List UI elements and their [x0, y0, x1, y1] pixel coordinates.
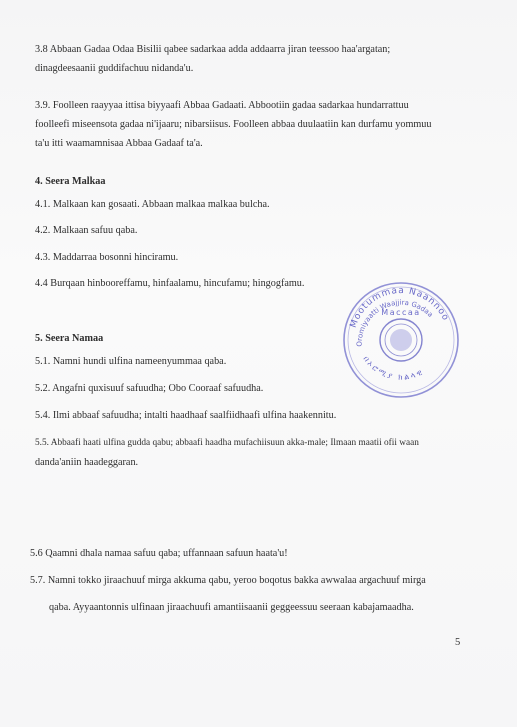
paragraph-3-8-line-1: 3.8 Abbaan Gadaa Odaa Bisilii qabee sada… — [35, 40, 390, 59]
paragraph-5-2: 5.2. Angafni quxisuuf safuudha; Obo Coor… — [35, 379, 263, 398]
paragraph-3-9-line-1: 3.9. Foolleen raayyaa ittisa biyyaafi Ab… — [35, 96, 409, 115]
official-stamp-icon: Mootummaa Naannoo Oromiyaatti Waajjira G… — [340, 279, 462, 401]
page-number: 5 — [455, 637, 460, 648]
paragraph-5-7-line-1: 5.7. Namni tokko jiraachuuf mirga akkuma… — [30, 571, 426, 590]
paragraph-4-3: 4.3. Maddarraa bosonni hinciramu. — [35, 248, 178, 267]
paragraph-5-7-line-2: qaba. Ayyaantonnis ulfinaan jiraachuufi … — [49, 598, 414, 617]
paragraph-4-4: 4.4 Burqaan hinbooreffamu, hinfaalamu, h… — [35, 274, 304, 293]
paragraph-5-4: 5.4. Ilmi abbaaf safuudha; intalti haadh… — [35, 406, 336, 425]
paragraph-4-1: 4.1. Malkaan kan gosaati. Abbaan malkaa … — [35, 195, 270, 214]
paragraph-3-9-line-3: ta'u itti waamamnisaa Abbaa Gadaaf ta'a. — [35, 134, 203, 153]
svg-text:በኦሮሚያ ክልላዊ: በኦሮሚያ ክልላዊ — [361, 354, 425, 381]
stamp-amharic-text: በኦሮሚያ ክልላዊ — [361, 354, 425, 381]
paragraph-3-9-line-2: foolleefi miseensota gadaa ni'ijaaru; ni… — [35, 115, 432, 134]
paragraph-4-2: 4.2. Malkaan safuu qaba. — [35, 221, 137, 240]
paragraph-3-8-line-2: dinagdeesaanii guddifachuu nidanda'u. — [35, 59, 193, 78]
document-page: 3.8 Abbaan Gadaa Odaa Bisilii qabee sada… — [0, 0, 517, 727]
paragraph-5-1: 5.1. Namni hundi ulfina nameenyummaa qab… — [35, 352, 226, 371]
paragraph-5-6: 5.6 Qaamni dhala namaa safuu qaba; uffan… — [30, 544, 288, 563]
paragraph-5-5-line-2: danda'aniin haadeggaran. — [35, 453, 138, 472]
stamp-center-text: Maccaa — [381, 308, 420, 317]
paragraph-5-5-line-1: 5.5. Abbaafi haati ulfina gudda qabu; ab… — [35, 434, 419, 453]
section-heading-4: 4. Seera Malkaa — [35, 176, 105, 187]
section-heading-5: 5. Seera Namaa — [35, 333, 103, 344]
